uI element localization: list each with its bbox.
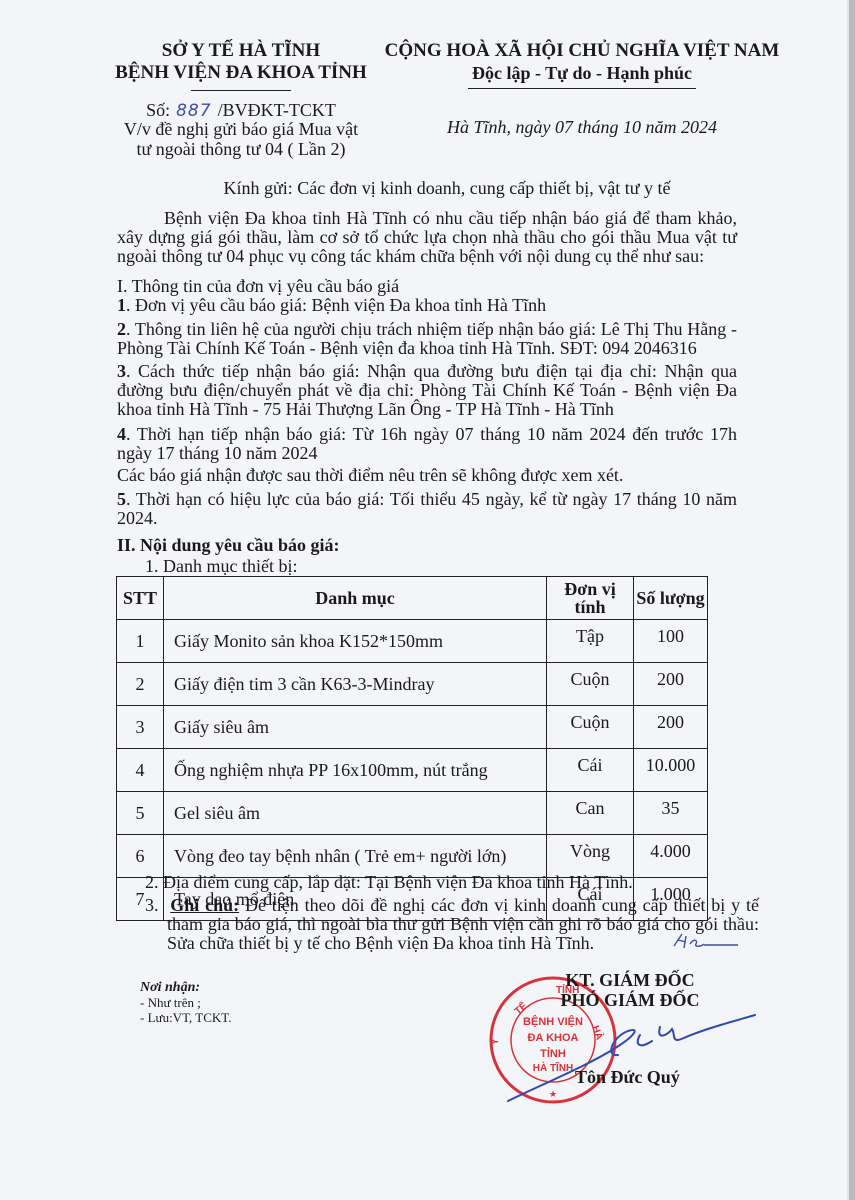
table-row: 2Giấy điện tim 3 cần K63-3-MindrayCuộn20…: [117, 663, 708, 706]
item-text: . Thời hạn có hiệu lực của báo giá: Tối …: [117, 489, 737, 528]
section1-title: I. Thông tin của đơn vị yêu cầu báo giá: [117, 277, 737, 296]
national-title: CỘNG HOÀ XÃ HỘI CHỦ NGHĨA VIỆT NAM: [382, 40, 782, 62]
row-qty: 35: [634, 792, 708, 835]
national-header: CỘNG HOÀ XÃ HỘI CHỦ NGHĨA VIỆT NAM Độc l…: [382, 40, 782, 89]
row-unit: Cuộn: [547, 706, 634, 749]
section2-sub3: 3. Ghi chú: Để tiện theo dõi đề nghị các…: [145, 896, 759, 953]
row-qty: 100: [634, 620, 708, 663]
section2-sub1: 1. Danh mục thiết bị:: [145, 557, 765, 576]
row-stt: 5: [117, 792, 164, 835]
subject-line: V/v đề nghị gửi báo giá Mua vật: [112, 119, 370, 139]
initial-mark-icon: [670, 930, 740, 952]
receiver-item: - Như trên ;: [140, 995, 232, 1010]
table-header-row: STT Danh mục Đơn vị tính Số lượng: [117, 577, 708, 620]
number-suffix: /BVĐKT-TCKT: [218, 100, 336, 120]
note-label: Ghi chú:: [170, 895, 239, 915]
table-row: 4Ống nghiệm nhựa PP 16x100mm, nút trắngC…: [117, 749, 708, 792]
subject-line: tư ngoài thông tư 04 ( Lần 2): [112, 139, 370, 159]
item-text: . Cách thức tiếp nhận báo giá: Nhận qua …: [117, 361, 737, 419]
receivers-title: Nơi nhận:: [140, 980, 232, 995]
document-date: Hà Tĩnh, ngày 07 tháng 10 năm 2024: [382, 117, 782, 138]
col-name: Danh mục: [164, 577, 547, 620]
row-name: Gel siêu âm: [164, 792, 547, 835]
handwritten-number: 887: [170, 101, 217, 121]
divider: [468, 88, 696, 89]
col-qty: Số lượng: [634, 577, 708, 620]
section2-title: II. Nội dung yêu cầu báo giá:: [117, 536, 737, 555]
item-text: . Đơn vị yêu cầu báo giá: Bệnh viện Đa k…: [126, 295, 546, 315]
section1-item: 5. Thời hạn có hiệu lực của báo giá: Tối…: [117, 490, 737, 528]
section1-item: 1. Đơn vị yêu cầu báo giá: Bệnh viện Đa …: [117, 296, 737, 315]
row-name: Giấy siêu âm: [164, 706, 547, 749]
row-unit: Cái: [547, 749, 634, 792]
row-qty: 10.000: [634, 749, 708, 792]
subject: V/v đề nghị gửi báo giá Mua vật tư ngoài…: [112, 119, 370, 159]
row-qty: 200: [634, 706, 708, 749]
national-motto: Độc lập - Tự do - Hạnh phúc: [382, 62, 782, 84]
row-stt: 1: [117, 620, 164, 663]
item-text: . Thông tin liên hệ của người chịu trách…: [117, 319, 737, 358]
note-text: Các báo giá nhận được sau thời điểm nêu …: [117, 465, 623, 485]
issuer-hospital: BỆNH VIỆN ĐA KHOA TỈNH: [112, 62, 370, 84]
item-text: . Thời hạn tiếp nhận báo giá: Từ 16h ngà…: [117, 424, 737, 463]
col-unit: Đơn vị tính: [547, 577, 634, 620]
row-unit: Tập: [547, 620, 634, 663]
issuer-header: SỞ Y TẾ HÀ TĨNH BỆNH VIỆN ĐA KHOA TỈNH: [112, 40, 370, 91]
row-stt: 3: [117, 706, 164, 749]
signature-title: KT. GIÁM ĐỐC: [530, 970, 730, 990]
table-row: 1Giấy Monito sản khoa K152*150mmTập100: [117, 620, 708, 663]
number-prefix: Số:: [146, 100, 170, 120]
row-stt: 2: [117, 663, 164, 706]
issuer-department: SỞ Y TẾ HÀ TĨNH: [112, 40, 370, 62]
item-number: 1: [117, 295, 126, 315]
section1-item: 2. Thông tin liên hệ của người chịu trác…: [117, 320, 737, 358]
sub3-number: 3.: [145, 895, 159, 915]
table-row: 5Gel siêu âmCan35: [117, 792, 708, 835]
table-row: 3Giấy siêu âmCuộn200: [117, 706, 708, 749]
divider: [191, 90, 291, 91]
item-number: 5: [117, 489, 126, 509]
intro-paragraph: Bệnh viện Đa khoa tỉnh Hà Tĩnh có nhu cầ…: [117, 209, 737, 266]
row-name: Giấy điện tim 3 cần K63-3-Mindray: [164, 663, 547, 706]
items-table: STT Danh mục Đơn vị tính Số lượng 1Giấy …: [116, 576, 708, 921]
item-number: 4: [117, 424, 126, 444]
item-number: 2: [117, 319, 126, 339]
row-name: Ống nghiệm nhựa PP 16x100mm, nút trắng: [164, 749, 547, 792]
signer-name: Tôn Đức Quý: [575, 1067, 680, 1088]
section1-note: Các báo giá nhận được sau thời điểm nêu …: [117, 466, 737, 485]
item-number: 3: [117, 361, 126, 381]
section1-item: 4. Thời hạn tiếp nhận báo giá: Từ 16h ng…: [117, 425, 737, 463]
row-stt: 4: [117, 749, 164, 792]
receiver-item: - Lưu:VT, TCKT.: [140, 1010, 232, 1025]
page-edge: [849, 0, 855, 1200]
col-stt: STT: [117, 577, 164, 620]
signature-block: KT. GIÁM ĐỐC PHÓ GIÁM ĐỐC: [530, 970, 730, 1010]
handwritten-signature-icon: [500, 1005, 760, 1105]
row-name: Giấy Monito sản khoa K152*150mm: [164, 620, 547, 663]
row-qty: 200: [634, 663, 708, 706]
receivers-block: Nơi nhận: - Như trên ; - Lưu:VT, TCKT.: [140, 980, 232, 1025]
row-unit: Can: [547, 792, 634, 835]
col-unit-label: Đơn vị tính: [560, 580, 620, 616]
row-unit: Cuộn: [547, 663, 634, 706]
document-number: Số:887/BVĐKT-TCKT: [112, 100, 370, 121]
row-qty: 4.000: [634, 835, 708, 878]
document-page: SỞ Y TẾ HÀ TĨNH BỆNH VIỆN ĐA KHOA TỈNH C…: [0, 0, 847, 1200]
recipient-line: Kính gửi: Các đơn vị kinh doanh, cung cấ…: [117, 178, 777, 199]
section1-item: 3. Cách thức tiếp nhận báo giá: Nhận qua…: [117, 362, 737, 419]
section2-sub2: 2. Địa điểm cung cấp, lắp đặt: Tại Bệnh …: [145, 873, 765, 892]
